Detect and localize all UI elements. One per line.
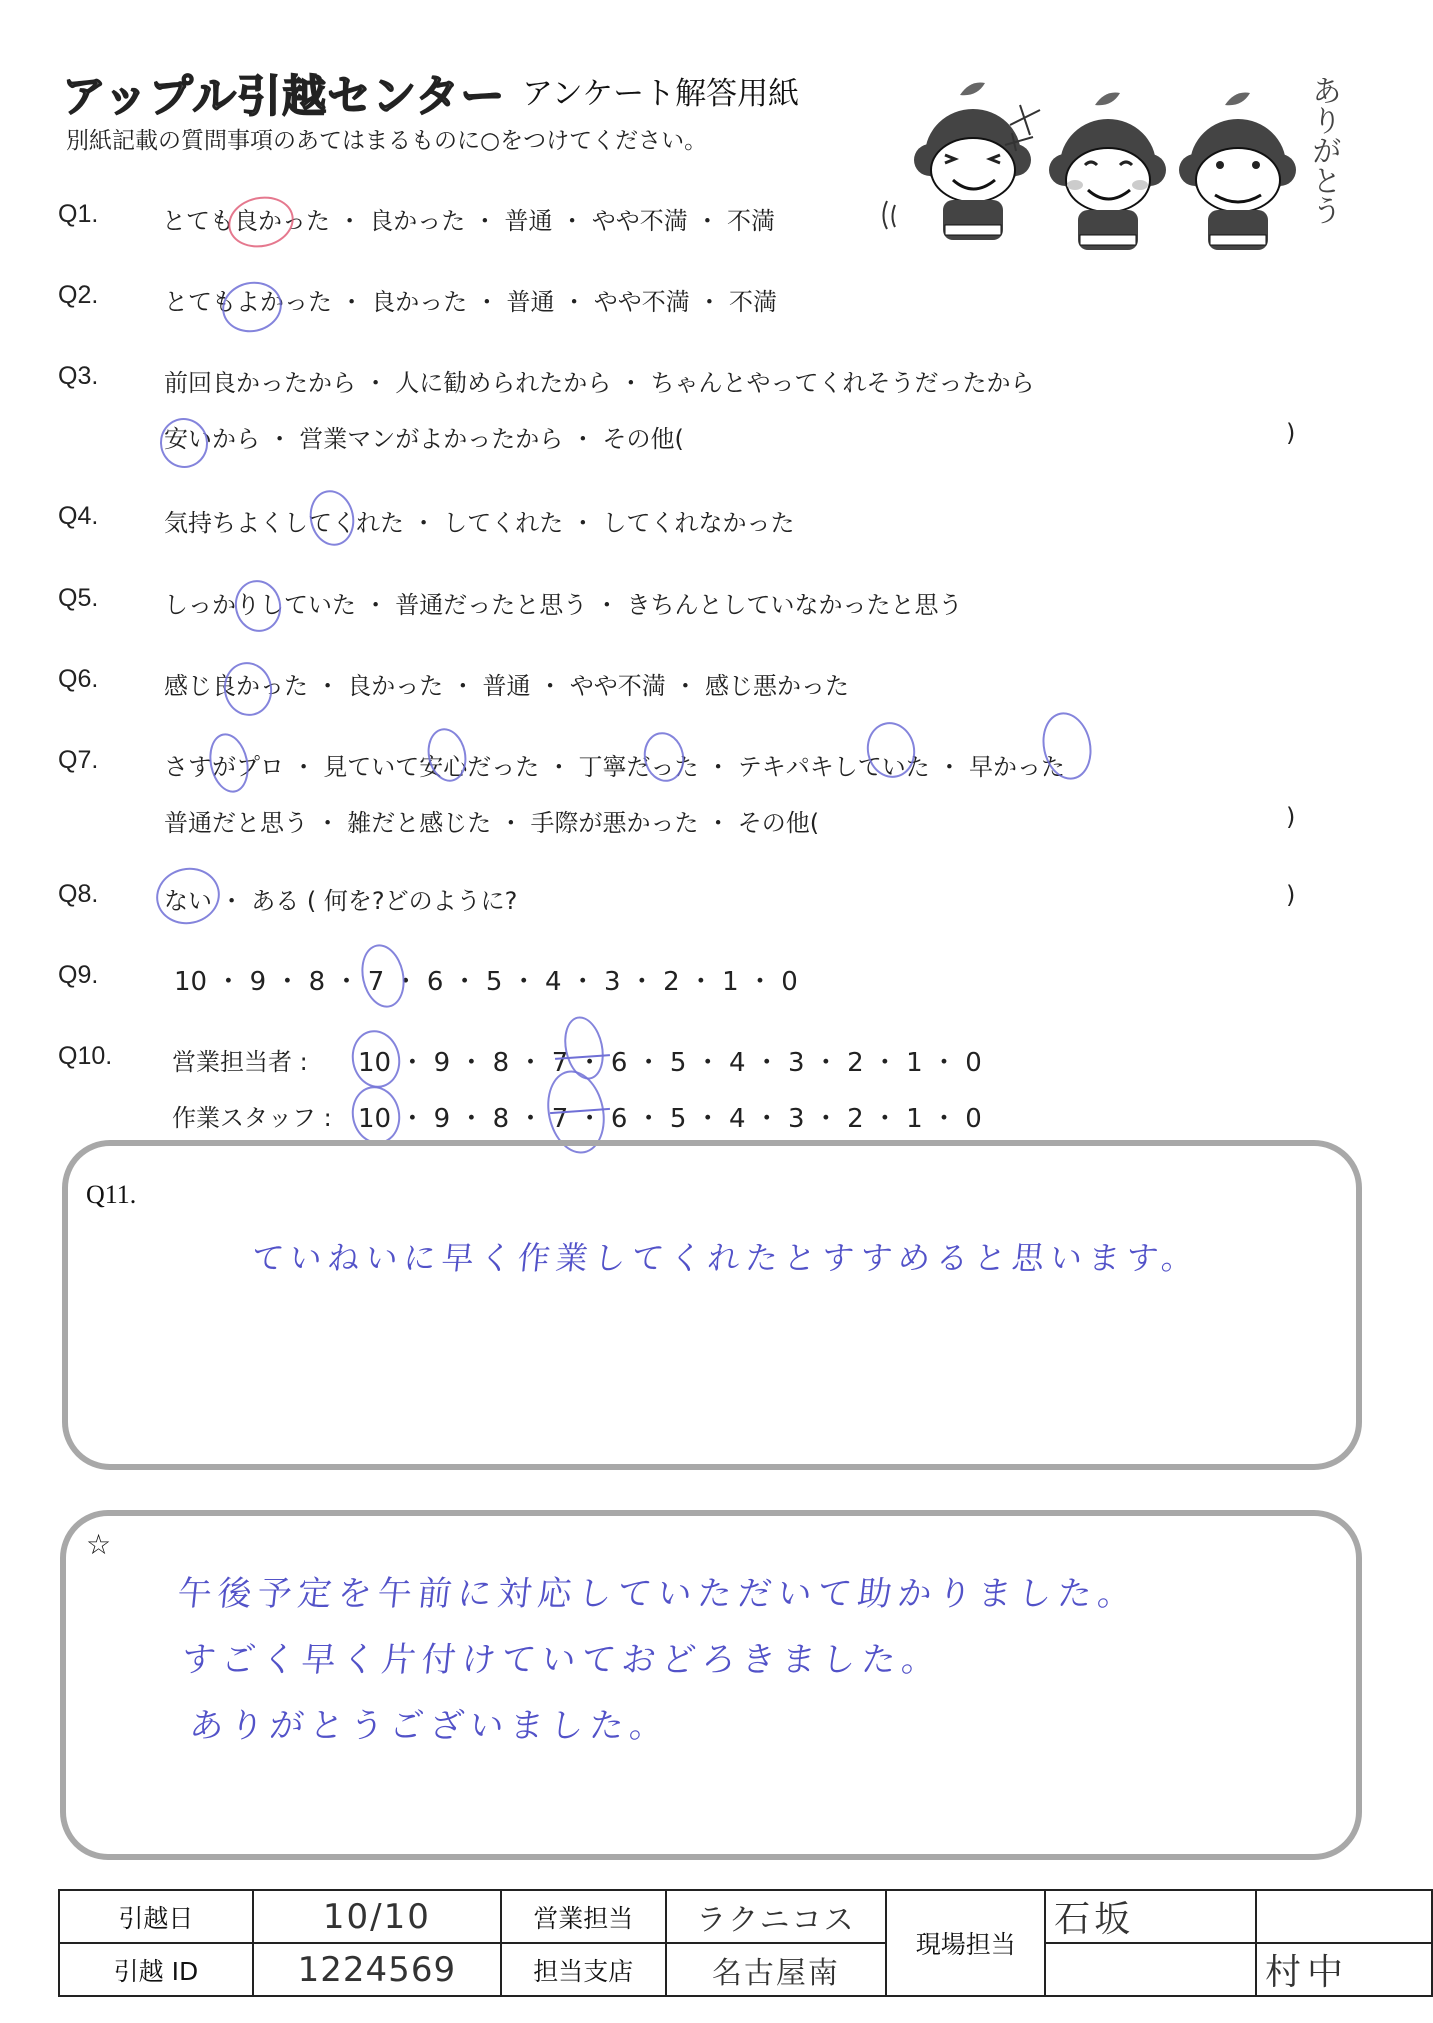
moving-id-label: 引越 ID <box>59 1943 253 1996</box>
site-rep-value-2[interactable]: 村中 <box>1256 1943 1432 1996</box>
q4-label: Q4. <box>58 502 98 531</box>
q3-options-line2[interactable]: 安いから ・ 営業マンがよかったから ・ その他( <box>164 419 684 454</box>
q11-answer-text[interactable]: ていねいに早く作業してくれたとすすめると思います。 <box>250 1233 1203 1279</box>
q7-paren-close: ) <box>1286 803 1295 831</box>
q10-sales-selection-mark <box>346 1026 405 1093</box>
mascot-caption: ありがとう <box>1305 75 1339 225</box>
form-title: アンケート解答用紙 <box>522 68 799 113</box>
q3-paren-close: ) <box>1286 419 1295 447</box>
q10-staff-scale[interactable]: 10 ・ 9 ・ 8 ・ 7 ・ 6 ・ 5 ・ 4 ・ 3 ・ 2 ・ 1 ・… <box>358 1098 982 1135</box>
site-rep-extra-2[interactable] <box>1045 1943 1256 1996</box>
instruction-text: 別紙記載の質問事項のあてはまるものに○をつけてください。 <box>66 122 707 155</box>
comment-box[interactable] <box>60 1510 1362 1860</box>
q5-options[interactable]: しっかりしていた ・ 普通だったと思う ・ きちんとしていなかったと思う <box>164 585 963 620</box>
q9-scale[interactable]: 10 ・ 9 ・ 8 ・ 7 ・ 6 ・ 5 ・ 4 ・ 3 ・ 2 ・ 1 ・… <box>174 961 798 998</box>
comment-line-2[interactable]: すごく早く片付けていておどろきました。 <box>179 1632 944 1681</box>
company-title: アップル引越センター <box>62 60 505 124</box>
q5-label: Q5. <box>58 584 98 613</box>
info-table: 引越日 10/10 営業担当 ラクニコス 現場担当 石坂 引越 ID 12245… <box>58 1889 1433 1997</box>
star-icon: ☆ <box>86 1528 111 1561</box>
branch-label: 担当支店 <box>501 1943 666 1996</box>
q2-label: Q2. <box>58 281 98 310</box>
q8-label: Q8. <box>58 880 98 909</box>
q10-staff-selection-mark <box>346 1082 405 1149</box>
sales-rep-text: ラクニコス <box>696 1903 855 1938</box>
moving-date-label: 引越日 <box>59 1890 253 1943</box>
comment-line-1[interactable]: 午後予定を午前に対応していただいて助かりました。 <box>175 1566 1140 1615</box>
q7-options-line1[interactable]: さすがプロ ・ 見ていて安心だった ・ 丁寧だった ・ テキパキしていた ・ 早… <box>164 747 1065 782</box>
q10-sales-scale[interactable]: 10 ・ 9 ・ 8 ・ 7 ・ 6 ・ 5 ・ 4 ・ 3 ・ 2 ・ 1 ・… <box>358 1042 982 1079</box>
q10-sales-label: 営業担当者 : <box>172 1042 308 1077</box>
q7-label: Q7. <box>58 746 98 775</box>
q7-selection-mark-1 <box>204 730 254 797</box>
q3-label: Q3. <box>58 362 98 391</box>
branch-text: 名古屋南 <box>712 1956 840 1991</box>
monkey-mascot-icon <box>880 60 1300 250</box>
q7-options-line2[interactable]: 普通だと思う ・ 雑だと感じた ・ 手際が悪かった ・ その他( <box>164 803 819 838</box>
moving-date-text: 10/10 <box>323 1897 431 1937</box>
q11-answer-box[interactable] <box>62 1140 1362 1470</box>
sales-rep-value[interactable]: ラクニコス <box>666 1890 887 1943</box>
q10-staff-label: 作業スタッフ : <box>172 1098 332 1133</box>
q3-options-line1[interactable]: 前回良かったから ・ 人に勧められたから ・ ちゃんとやってくれそうだったから <box>164 363 1035 398</box>
moving-id-text: 1224569 <box>298 1950 456 1990</box>
q8-paren-close: ) <box>1286 881 1295 909</box>
site-rep-text-2: 村中 <box>1265 1952 1349 1993</box>
q1-label: Q1. <box>58 200 98 229</box>
site-rep-label: 現場担当 <box>886 1890 1045 1996</box>
q9-label: Q9. <box>58 961 98 990</box>
sales-rep-label: 営業担当 <box>501 1890 666 1943</box>
q11-label: Q11. <box>86 1180 136 1210</box>
site-rep-extra-1[interactable] <box>1256 1890 1432 1943</box>
comment-line-3[interactable]: ありがとうございました。 <box>187 1698 672 1747</box>
site-rep-text-1: 石坂 <box>1054 1899 1134 1940</box>
q4-options[interactable]: 気持ちよくしてくれた ・ してくれた ・ してくれなかった <box>164 503 795 538</box>
q8-selection-mark <box>151 862 225 930</box>
moving-id-value[interactable]: 1224569 <box>253 1943 501 1996</box>
q6-label: Q6. <box>58 665 98 694</box>
moving-date-value[interactable]: 10/10 <box>253 1890 501 1943</box>
q4-selection-mark <box>305 486 360 550</box>
q10-label: Q10. <box>58 1042 112 1071</box>
branch-value[interactable]: 名古屋南 <box>666 1943 887 1996</box>
site-rep-value-1[interactable]: 石坂 <box>1045 1890 1256 1943</box>
q9-selection-mark <box>356 940 410 1011</box>
